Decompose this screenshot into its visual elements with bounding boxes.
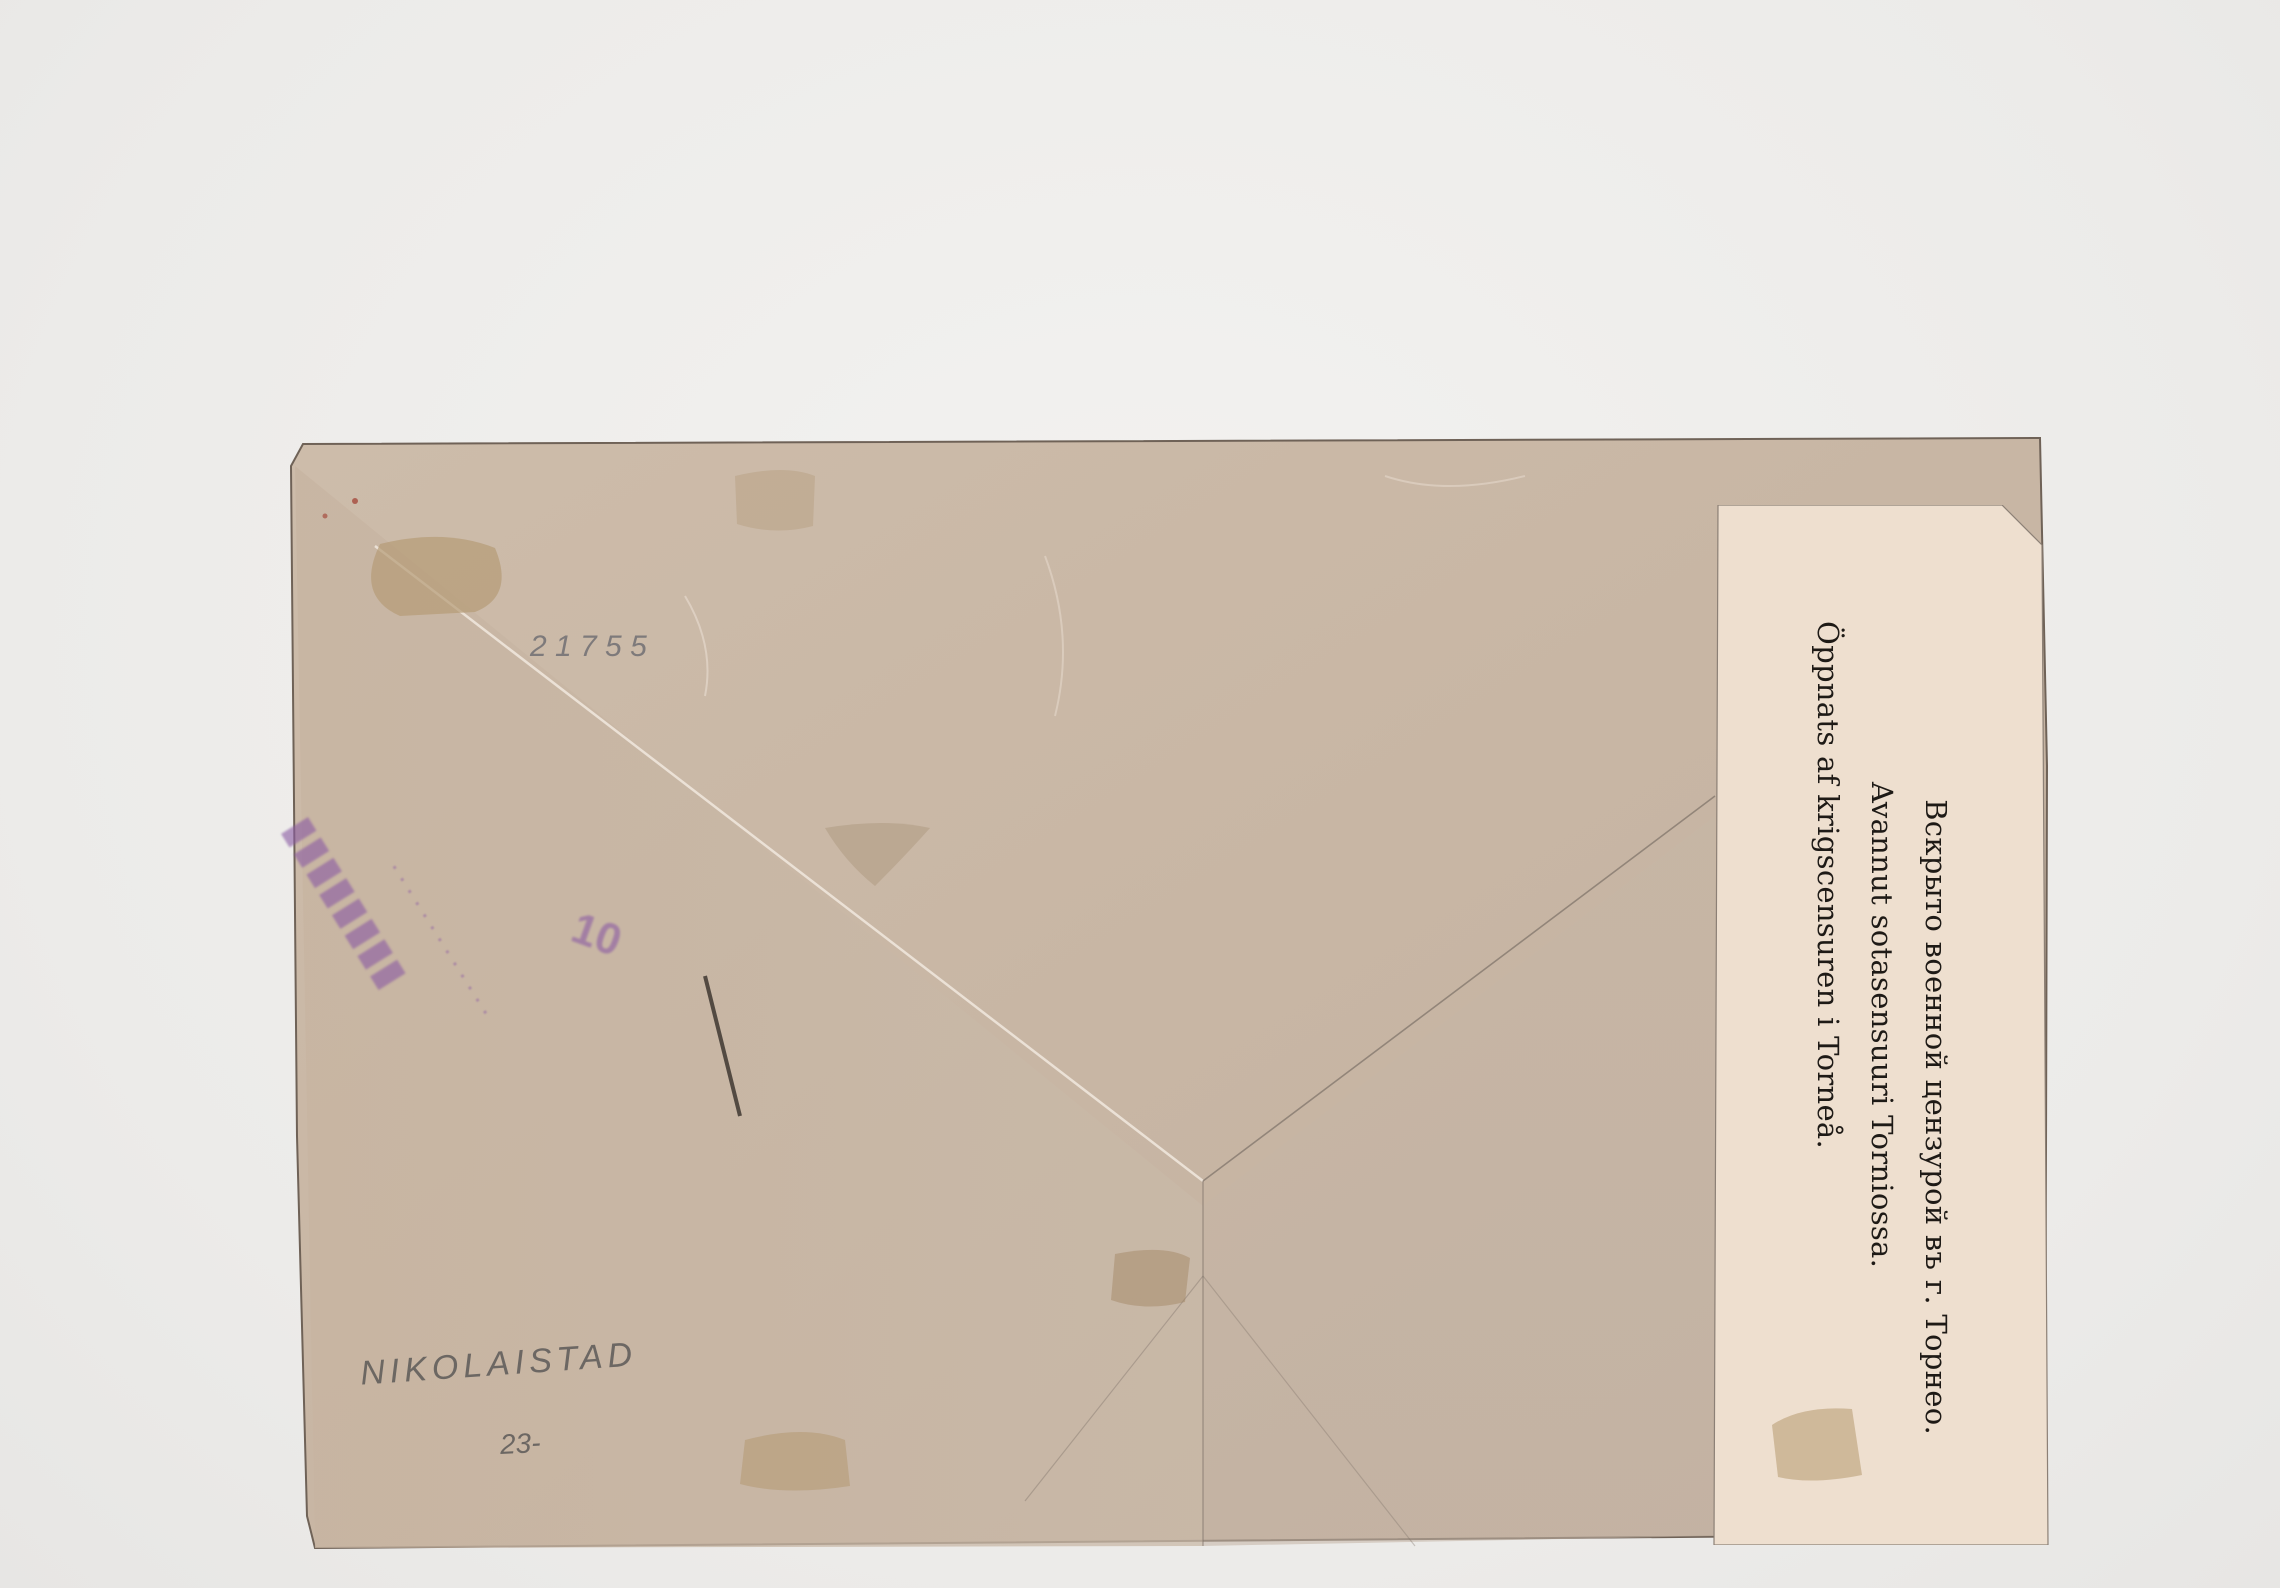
censor-label: Вскрыто военной цензурой въ г. Торнео. A… bbox=[1712, 505, 2052, 1545]
handwritten-price: 23- bbox=[499, 1427, 541, 1461]
censor-label-text: Вскрыто военной цензурой въ г. Торнео. A… bbox=[1801, 615, 1963, 1435]
pencil-numerals: 2 1 7 5 5 bbox=[530, 630, 647, 664]
censor-line-swedish: Öppnats af krigscensuren i Torneå. bbox=[1801, 615, 1855, 1435]
censor-line-finnish: Avannut sotasensuuri Torniossa. bbox=[1855, 615, 1909, 1435]
censor-line-russian: Вскрыто военной цензурой въ г. Торнео. bbox=[1909, 615, 1963, 1435]
